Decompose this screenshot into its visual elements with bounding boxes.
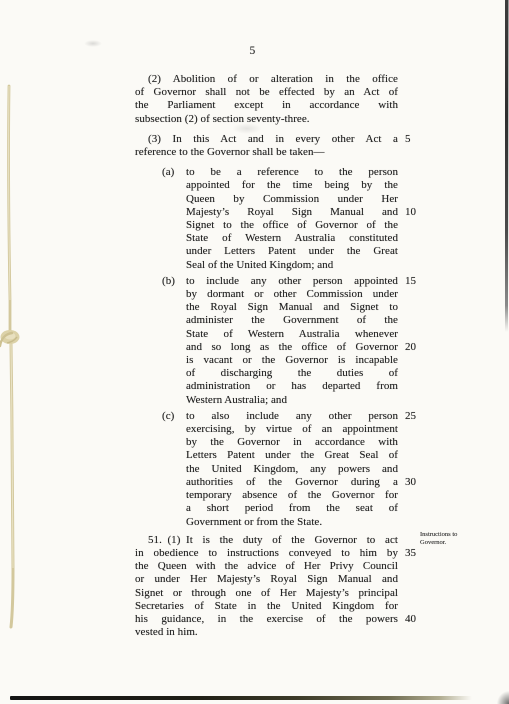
- body-text: (2) Abolition of or alteration in the of…: [135, 73, 398, 639]
- text-line: Signet to the office of Governor of the: [186, 219, 398, 232]
- text-line: Western Australia; and: [186, 394, 398, 407]
- text-line: the United Kingdom, any powers and: [186, 463, 398, 476]
- text-line: by the Governor in accordance with: [186, 436, 398, 449]
- text-line: the Royal Sign Manual and Signet to: [186, 301, 398, 314]
- text-line: temporary absence of the Governor for: [186, 489, 398, 502]
- line-number: 5: [398, 133, 411, 146]
- text-line: of discharging the duties of: [186, 367, 398, 380]
- page-edge-shadow-bottom: [10, 696, 472, 700]
- text-line: under Letters Patent under the Great: [186, 245, 398, 258]
- text-line: in obedience to instructions conveyed to…: [135, 547, 398, 560]
- item-label: (a): [162, 166, 174, 179]
- item-label: (c): [162, 410, 174, 423]
- text-line: a short period from the seat of: [186, 502, 398, 515]
- text-line: (2) Abolition of or alteration in the of…: [135, 73, 398, 86]
- line-number: 40: [398, 613, 416, 626]
- text-line: Government or from the State.: [186, 516, 398, 529]
- text-line: his guidance, in the exercise of the pow…: [135, 613, 398, 626]
- text-line: or under Her Majesty’s Royal Sign Manual…: [135, 573, 398, 586]
- text-line: Majesty’s Royal Sign Manual and10: [186, 206, 398, 219]
- line-number: 10: [398, 206, 416, 219]
- text-line: 51. (1) It is the duty of the Governor t…: [135, 534, 398, 547]
- text-line: Secretaries of State in the United Kingd…: [135, 600, 398, 613]
- item-b: (b)to include any other person appointed…: [186, 275, 398, 407]
- item-a: (a)to be a reference to the personappoin…: [186, 166, 398, 272]
- line-number: 15: [398, 275, 416, 288]
- text-line: Letters Patent under the Great Seal of: [186, 449, 398, 462]
- text-line: (3) In this Act and in every other Act a…: [135, 133, 398, 146]
- text-line: of Governor shall not be effected by an …: [135, 86, 398, 99]
- text-line: the Parliament except in accordance with: [135, 99, 398, 112]
- text-line: administration or has departed from: [186, 380, 398, 393]
- text-line: vested in him.: [135, 626, 398, 639]
- text-line: appointed for the time being by the: [186, 179, 398, 192]
- page-number: 5: [0, 45, 505, 57]
- text-line: subsection (2) of section seventy-three.: [135, 113, 398, 126]
- text-line: is vacant or the Governor is incapable: [186, 354, 398, 367]
- text-line: to be a reference to the person: [186, 166, 398, 179]
- item-label: (b): [162, 275, 175, 288]
- margin-note: Instructions to Governor.: [420, 531, 476, 546]
- text-line: by dormant or other Commission under: [186, 288, 398, 301]
- item-c: (c)to also include any other person25exe…: [186, 410, 398, 529]
- page-corner-shadow: [497, 691, 509, 704]
- text-line: administer the Government of the: [186, 314, 398, 327]
- text-line: to also include any other person25: [186, 410, 398, 423]
- text-line: to include any other person appointed15: [186, 275, 398, 288]
- line-number: 35: [398, 547, 416, 560]
- para-3: (3) In this Act and in every other Act a…: [135, 133, 398, 159]
- text-line: State of Western Australia constituted: [186, 232, 398, 245]
- document-page: 5 (2) Abolition of or alteration in the …: [0, 0, 509, 704]
- para-2: (2) Abolition of or alteration in the of…: [135, 73, 398, 126]
- scanned-page: { "page_number": "5", "margin_note": "In…: [0, 0, 509, 704]
- line-number: 25: [398, 410, 416, 423]
- binding-thread: [0, 0, 32, 704]
- line-number: 20: [398, 341, 416, 354]
- text-line: Signet or through one of Her Majesty’s p…: [135, 587, 398, 600]
- line-number: 30: [398, 476, 416, 489]
- text-line: State of Western Australia whenever: [186, 328, 398, 341]
- text-line: reference to the Governor shall be taken…: [135, 146, 398, 159]
- text-line: authorities of the Governor during a30: [186, 476, 398, 489]
- text-line: the Queen with the advice of Her Privy C…: [135, 560, 398, 573]
- text-line: Queen by Commission under Her: [186, 193, 398, 206]
- text-line: exercising, by virtue of an appointment: [186, 423, 398, 436]
- section-51: 51. (1) It is the duty of the Governor t…: [135, 534, 398, 640]
- text-line: and so long as the office of Governor20: [186, 341, 398, 354]
- text-line: Seal of the United Kingdom; and: [186, 259, 398, 272]
